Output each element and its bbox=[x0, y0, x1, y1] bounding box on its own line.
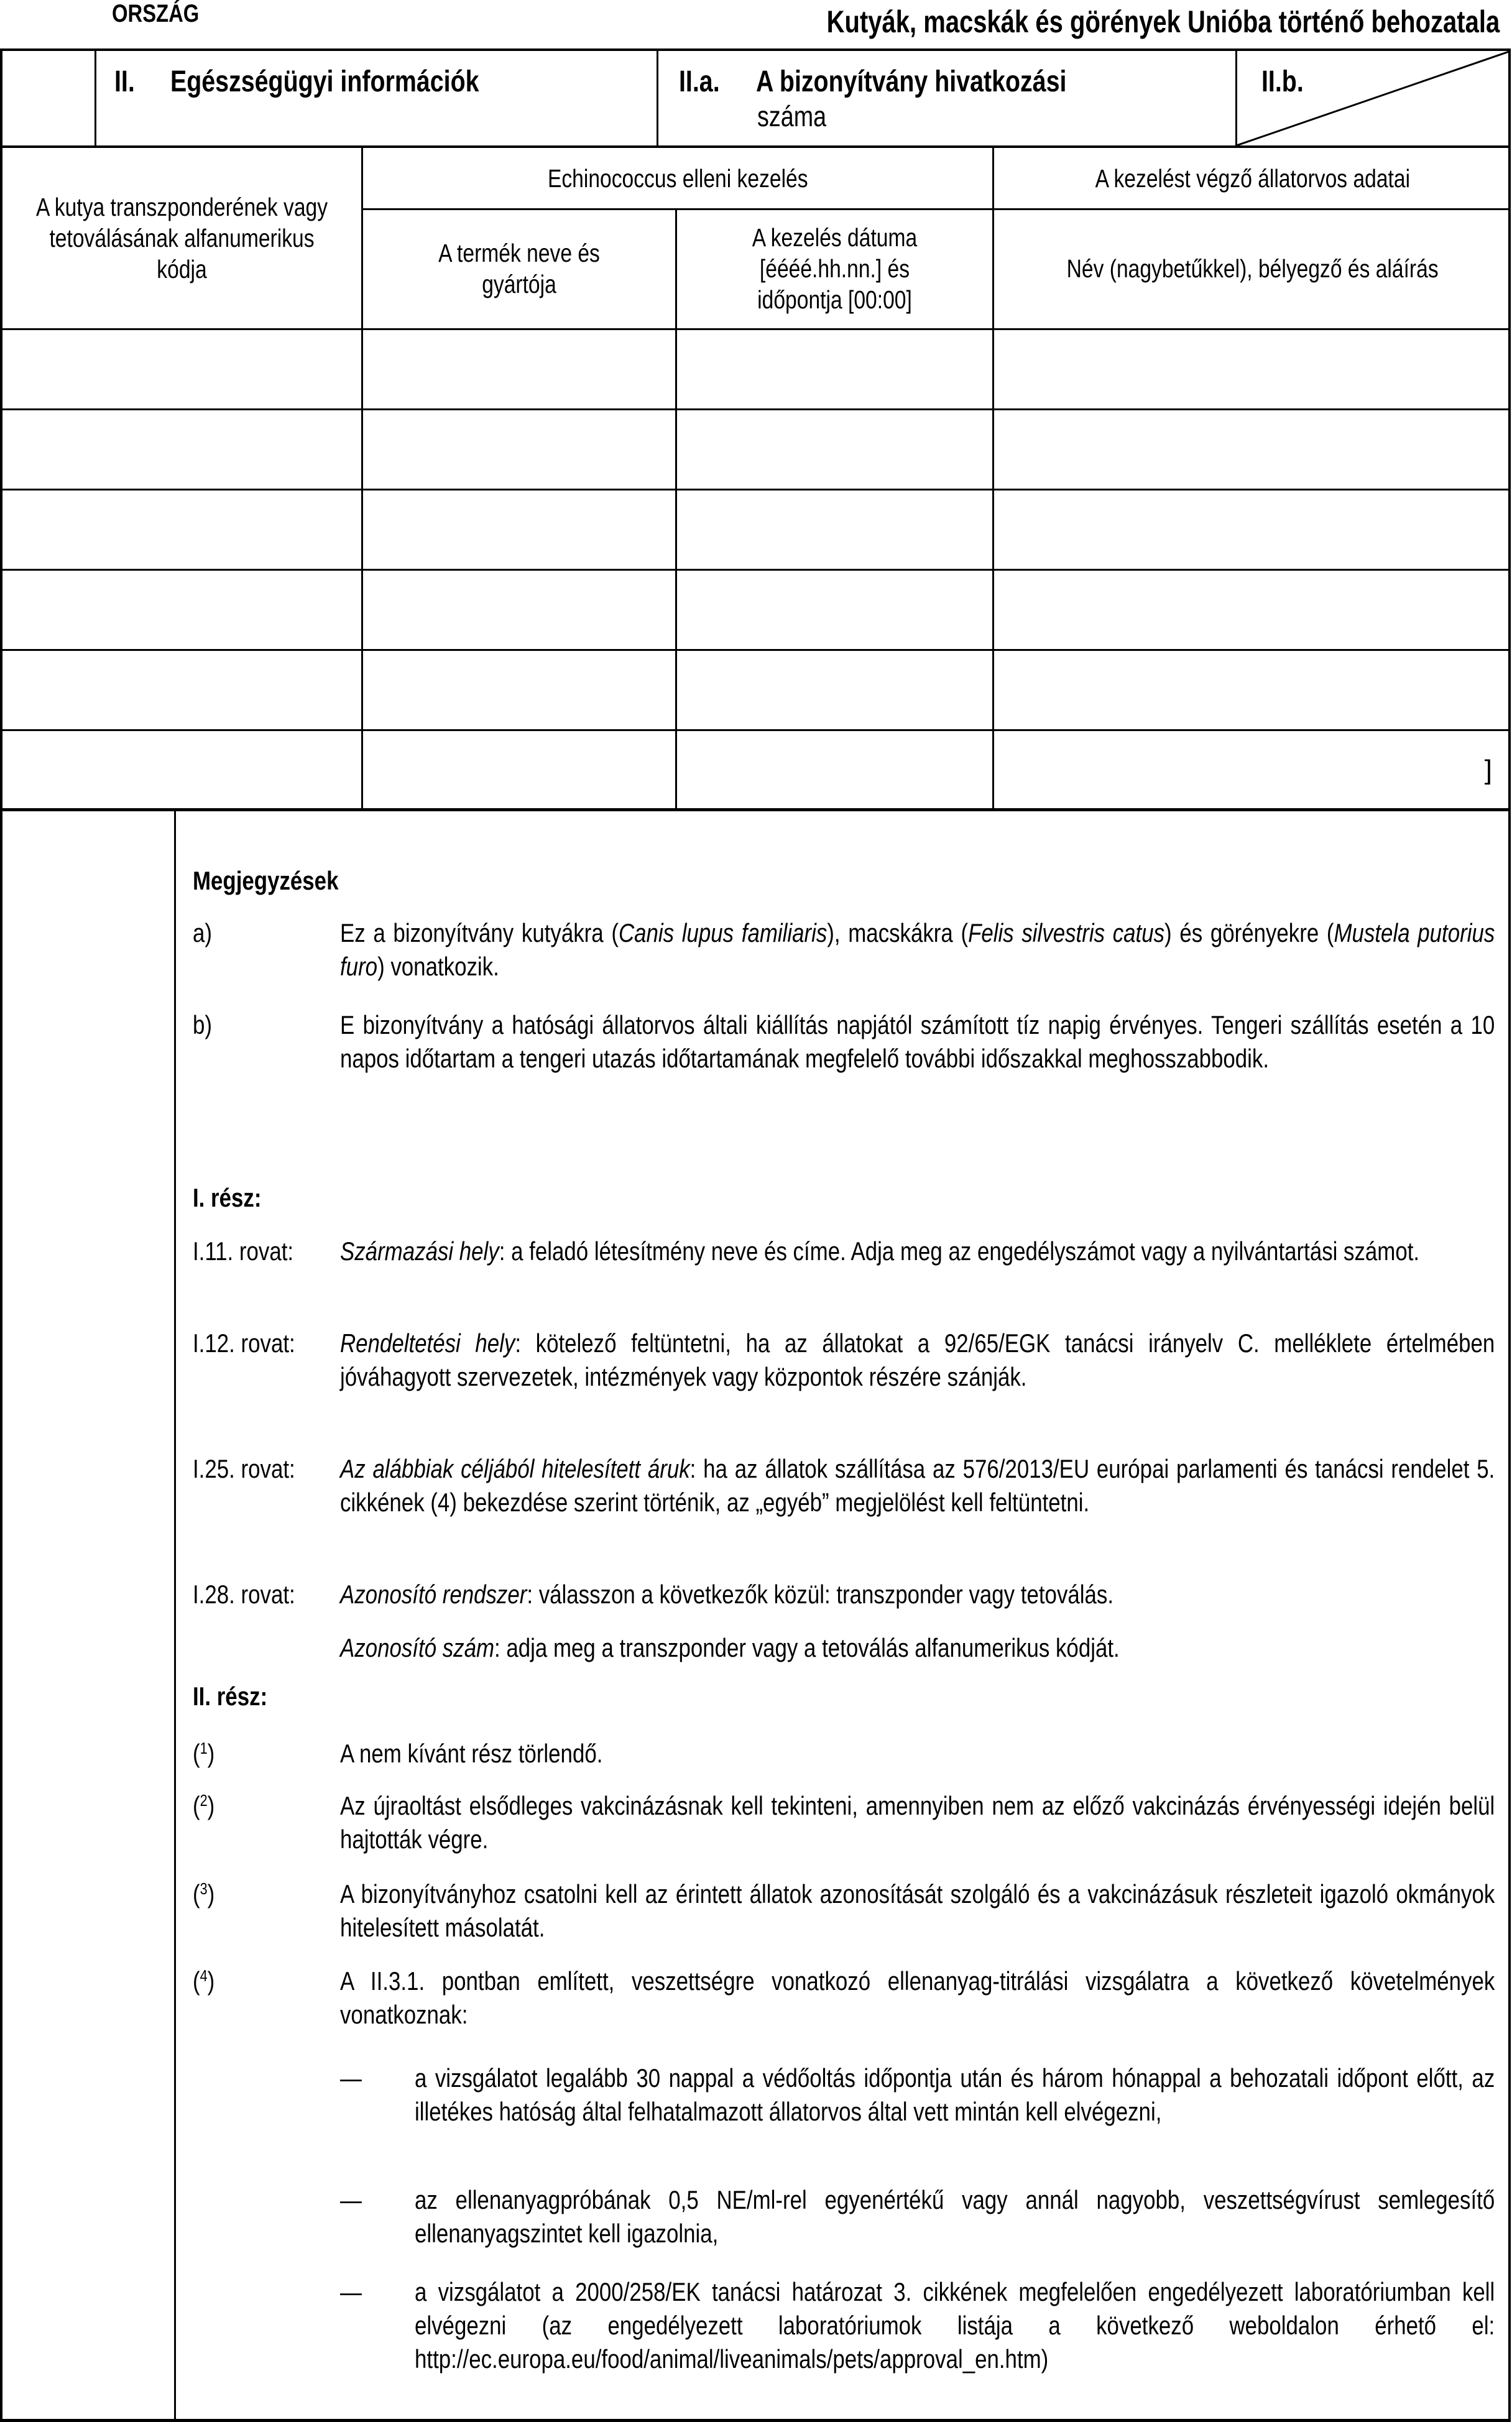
reference-title-line2: száma bbox=[757, 99, 826, 133]
dash-bullet-icon: — bbox=[340, 2275, 362, 2309]
table-cell-code[interactable] bbox=[2, 571, 361, 649]
table-cell-vet[interactable] bbox=[994, 410, 1511, 489]
notes-left-divider bbox=[174, 809, 176, 2419]
table-cell-product[interactable] bbox=[363, 490, 675, 569]
rovat-label: I.12. rovat: bbox=[193, 1327, 295, 1360]
table-cell-product[interactable] bbox=[363, 571, 675, 649]
divider bbox=[657, 51, 658, 145]
header-transponder-code: A kutya transzponderének vagy tetoválásá… bbox=[2, 148, 361, 328]
note-a-text: Ez a bizonyítvány kutyákra (Canis lupus … bbox=[340, 916, 1495, 983]
table-cell-code[interactable] bbox=[2, 410, 361, 489]
part1-heading: I. rész: bbox=[193, 1181, 261, 1215]
table-cell-vet[interactable] bbox=[994, 651, 1511, 729]
footnote-1-text: A nem kívánt rész törlendő. bbox=[340, 1737, 1495, 1770]
footnote-marker: (1) bbox=[193, 1737, 214, 1770]
rovat-label: I.11. rovat: bbox=[193, 1235, 293, 1268]
section-header-box: II. Egészségügyi információk II.a. A biz… bbox=[0, 48, 1511, 148]
footnote-marker: (3) bbox=[193, 1877, 214, 1911]
table-cell-date[interactable] bbox=[677, 490, 992, 569]
table-cell-vet[interactable] bbox=[994, 571, 1511, 649]
note-b-text: E bizonyítvány a hatósági állatorvos ált… bbox=[340, 1008, 1495, 1075]
table-cell-date[interactable] bbox=[677, 731, 992, 809]
header-echinococcus-treatment: Echinococcus elleni kezelés bbox=[363, 148, 992, 208]
table-cell-date[interactable] bbox=[677, 330, 992, 408]
table-cell-code[interactable] bbox=[2, 490, 361, 569]
part-label: II. bbox=[114, 65, 135, 99]
requirement-bullet: az ellenanyagpróbának 0,5 NE/ml-rel egye… bbox=[415, 2183, 1495, 2250]
rovat-I25-text: Az alábbiak céljából hitelesített áruk: … bbox=[340, 1452, 1495, 1519]
reference-title: A bizonyítvány hivatkozási bbox=[756, 65, 1066, 99]
notes-section: Megjegyzések a) Ez a bizonyítvány kutyák… bbox=[0, 809, 1511, 2422]
echinococcus-treatment-table: A kutya transzponderének vagy tetoválásá… bbox=[0, 148, 1511, 809]
header-vet-details: A kezelést végző állatorvos adatai bbox=[994, 148, 1511, 208]
table-cell-date[interactable] bbox=[677, 571, 992, 649]
rovat-I28-number-text: Azonosító szám: adja meg a transzponder … bbox=[340, 1631, 1495, 1665]
rovat-I12-text: Rendeltetési hely: kötelező feltüntetni,… bbox=[340, 1327, 1495, 1394]
header-treatment-date: A kezelés dátuma [éééé.hh.nn.] és időpon… bbox=[677, 208, 992, 328]
divider bbox=[94, 51, 96, 145]
table-cell-product[interactable] bbox=[363, 651, 675, 729]
header-vet-name: Név (nagybetűkkel), bélyegző és aláírás bbox=[994, 208, 1511, 328]
table-cell-code[interactable] bbox=[2, 731, 361, 809]
row-divider bbox=[2, 808, 1508, 811]
table-cell-code[interactable] bbox=[2, 651, 361, 729]
rovat-I11-text: Származási hely: a feladó létesítmény ne… bbox=[340, 1235, 1495, 1268]
part-title: Egészségügyi információk bbox=[170, 65, 479, 99]
part2-heading: II. rész: bbox=[193, 1680, 267, 1713]
document-title: Kutyák, macskák és görények Unióba törté… bbox=[826, 4, 1500, 40]
rovat-label: I.28. rovat: bbox=[193, 1578, 295, 1611]
table-cell-date[interactable] bbox=[677, 651, 992, 729]
reference-label: II.a. bbox=[679, 65, 720, 99]
footnote-3-text: A bizonyítványhoz csatolni kell az érint… bbox=[340, 1877, 1495, 1945]
dash-bullet-icon: — bbox=[340, 2061, 362, 2095]
requirement-bullet: a vizsgálatot a 2000/258/EK tanácsi hatá… bbox=[415, 2275, 1495, 2376]
footnote-marker: (4) bbox=[193, 1964, 214, 1998]
rovat-label: I.25. rovat: bbox=[193, 1452, 295, 1486]
table-cell-vet[interactable]: ] bbox=[994, 731, 1511, 809]
rovat-I28-text: Azonosító rendszer: válasszon a következ… bbox=[340, 1578, 1495, 1611]
note-marker: b) bbox=[193, 1008, 212, 1042]
table-cell-product[interactable] bbox=[363, 410, 675, 489]
table-cell-vet[interactable] bbox=[994, 490, 1511, 569]
footnote-2-text: Az újraoltást elsődleges vakcinázásnak k… bbox=[340, 1789, 1495, 1856]
dash-bullet-icon: — bbox=[340, 2183, 362, 2217]
footnote-marker: (2) bbox=[193, 1789, 214, 1823]
diagonal-strike-icon bbox=[1237, 51, 1511, 145]
table-cell-vet[interactable] bbox=[994, 330, 1511, 408]
header-product: A termék neve és gyártója bbox=[363, 208, 675, 328]
table-cell-code[interactable] bbox=[2, 330, 361, 408]
table-cell-product[interactable] bbox=[363, 330, 675, 408]
footnote-4-text: A II.3.1. pontban említett, veszettségre… bbox=[340, 1964, 1495, 2032]
notes-heading: Megjegyzések bbox=[193, 864, 338, 898]
requirement-bullet: a vizsgálatot legalább 30 nappal a védőo… bbox=[415, 2061, 1495, 2129]
table-cell-date[interactable] bbox=[677, 410, 992, 489]
table-cell-product[interactable] bbox=[363, 731, 675, 809]
note-marker: a) bbox=[193, 916, 212, 950]
country-label: ORSZÁG bbox=[112, 0, 199, 28]
